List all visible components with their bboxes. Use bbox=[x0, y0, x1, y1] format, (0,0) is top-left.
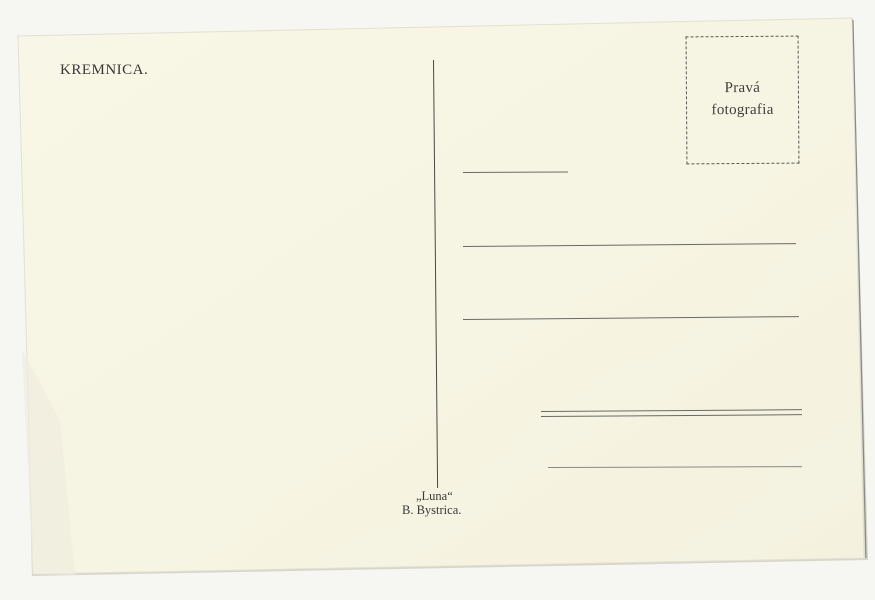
stamp-box: Pravá fotografia bbox=[686, 36, 800, 165]
postcard-back: KREMNICA. Pravá fotografia „Luna“ B. Bys… bbox=[0, 0, 875, 600]
stamp-label-line2: fotografia bbox=[687, 99, 798, 122]
publisher-imprint: „Luna“ B. Bystrica. bbox=[402, 489, 461, 517]
stamp-label-line1: Pravá bbox=[687, 77, 798, 100]
stamp-box-label: Pravá fotografia bbox=[687, 77, 798, 122]
publisher-name: „Luna“ bbox=[402, 489, 461, 503]
location-title: KREMNICA. bbox=[60, 62, 148, 79]
publisher-city: B. Bystrica. bbox=[402, 503, 461, 517]
